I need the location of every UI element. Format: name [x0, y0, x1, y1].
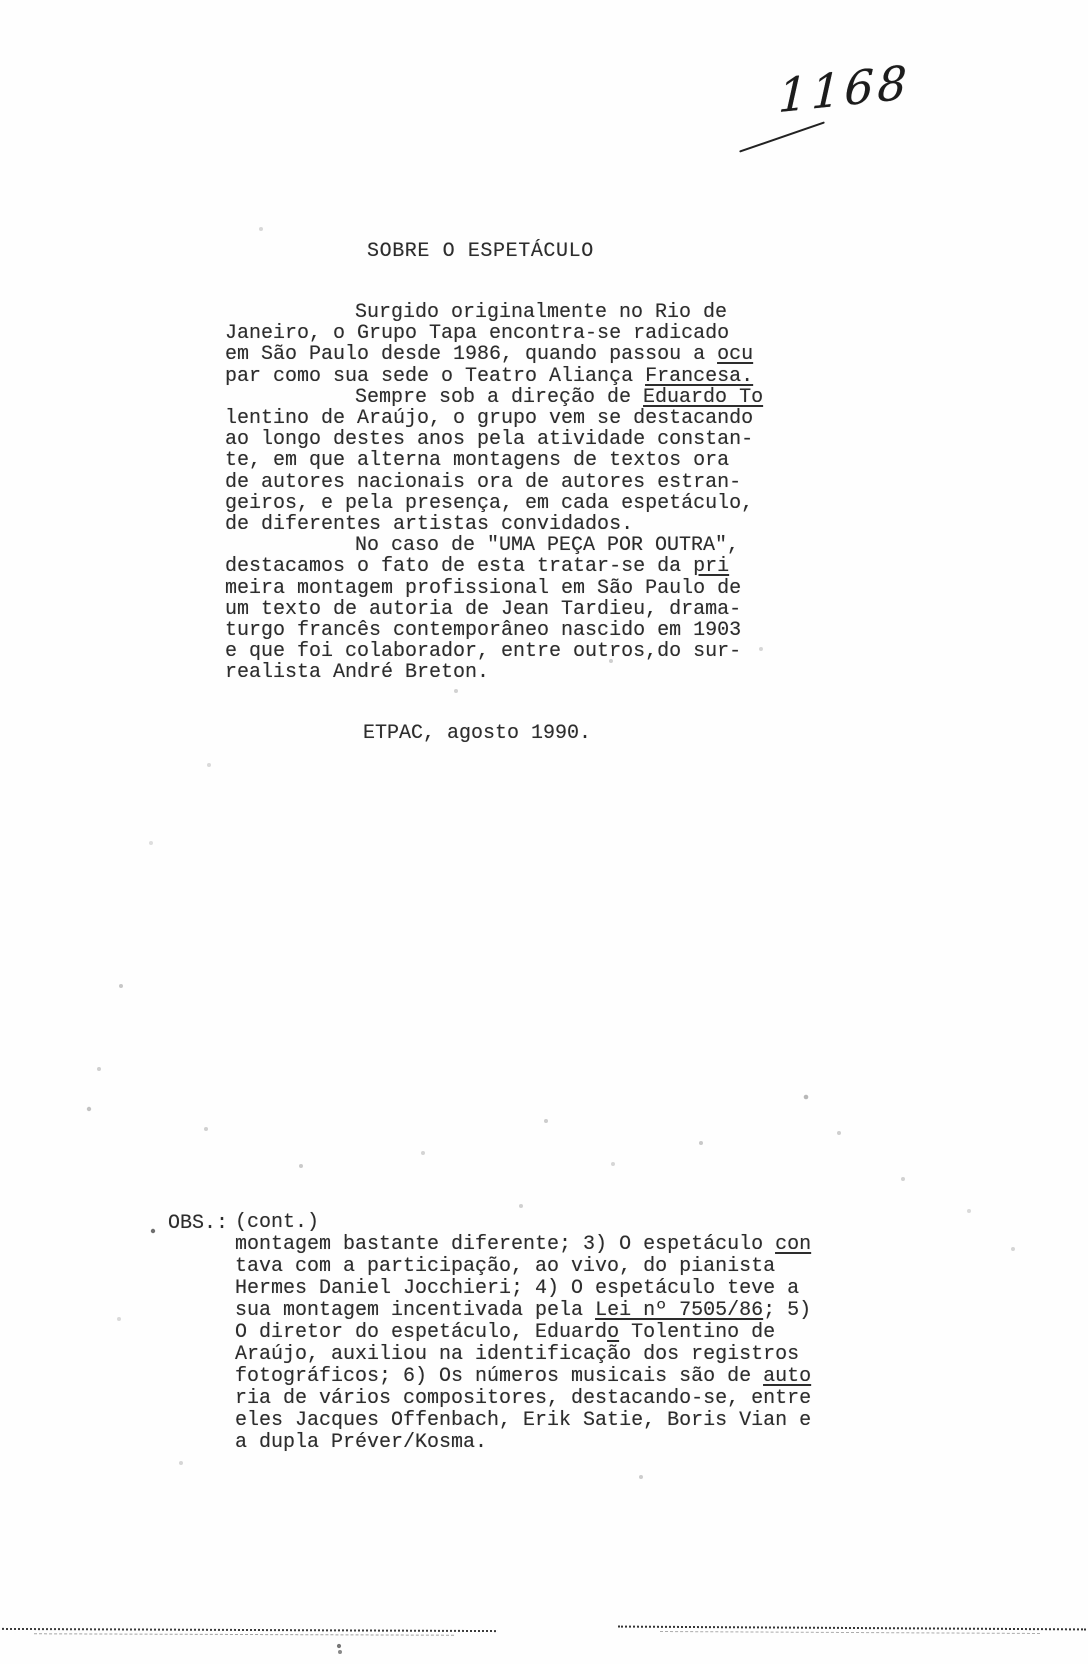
- handwritten-page-number: 1168: [777, 55, 911, 123]
- text-line: geiros, e pela presença, em cada espetác…: [225, 493, 763, 514]
- underlined-text-segment: Francesa.: [645, 365, 753, 388]
- text-segment: ; 5): [763, 1299, 811, 1322]
- text-line: ria de vários compositores, destacando-s…: [235, 1388, 811, 1410]
- text-line: tava com a participação, ao vivo, do pia…: [235, 1256, 811, 1278]
- text-segment: Hermes Daniel Jocchieri; 4) O espetáculo…: [235, 1277, 799, 1300]
- text-segment: Surgido originalmente no Rio de: [355, 301, 727, 324]
- text-segment: e que foi colaborador, entre outros,do s…: [225, 640, 741, 663]
- scanned-document-page: 1168 SOBRE O ESPETÁCULO Surgido original…: [0, 0, 1088, 1664]
- text-line: par como sua sede o Teatro Aliança Franc…: [225, 366, 763, 387]
- text-line: eles Jacques Offenbach, Erik Satie, Bori…: [235, 1410, 811, 1432]
- text-line: realista André Breton.: [225, 662, 763, 683]
- text-line: Surgido originalmente no Rio de: [225, 302, 763, 323]
- text-segment: geiros, e pela presença, em cada espetác…: [225, 492, 753, 515]
- page-bottom-scan-edge-right: [618, 1626, 1086, 1631]
- text-line: destacamos o fato de esta tratar-se da p…: [225, 556, 763, 577]
- body-text-block: Surgido originalmente no Rio deJaneiro, …: [225, 302, 763, 684]
- text-line: ao longo destes anos pela atividade cons…: [225, 429, 763, 450]
- text-segment: sua montagem incentivada pela: [235, 1299, 595, 1322]
- text-line: de autores nacionais ora de autores estr…: [225, 472, 763, 493]
- text-line: No caso de "UMA PEÇA POR OUTRA",: [225, 535, 763, 556]
- text-segment: Araújo, auxiliou na identificação dos re…: [235, 1343, 799, 1366]
- text-segment: Tolentino de: [619, 1321, 775, 1344]
- text-line: montagem bastante diferente; 3) O espetá…: [235, 1234, 811, 1256]
- text-line: turgo francês contemporâneo nascido em 1…: [225, 620, 763, 641]
- text-segment: tava com a participação, ao vivo, do pia…: [235, 1255, 775, 1278]
- scan-noise-specks: [0, 0, 2, 2]
- text-segment: (cont.): [235, 1211, 319, 1234]
- text-segment: No caso de "UMA PEÇA POR OUTRA",: [355, 534, 739, 557]
- text-segment: O diretor do espetáculo, Eduard: [235, 1321, 607, 1344]
- text-segment: par como sua sede o Teatro Aliança: [225, 365, 645, 388]
- text-segment: a dupla Préver/Kosma.: [235, 1431, 487, 1454]
- text-segment: te, em que alterna montagens de textos o…: [225, 449, 729, 472]
- text-line: meira montagem profissional em São Paulo…: [225, 578, 763, 599]
- text-segment: fotográficos; 6) Os números musicais são…: [235, 1365, 763, 1388]
- text-segment: turgo francês contemporâneo nascido em 1…: [225, 619, 741, 642]
- text-segment: realista André Breton.: [225, 661, 489, 684]
- text-segment: ria de vários compositores, destacando-s…: [235, 1387, 811, 1410]
- underlined-text-segment: auto: [763, 1365, 811, 1388]
- underlined-text-segment: pri: [693, 555, 729, 578]
- text-segment: Janeiro, o Grupo Tapa encontra-se radica…: [225, 322, 729, 345]
- text-line: Sempre sob a direção de Eduardo To: [225, 387, 763, 408]
- handwritten-underline-flourish: [739, 121, 825, 152]
- text-line: de diferentes artistas convidados.: [225, 514, 763, 535]
- text-segment: montagem bastante diferente; 3) O espetá…: [235, 1233, 775, 1256]
- page-bottom-scan-edge-left-echo: [34, 1633, 454, 1635]
- text-line: lentino de Araújo, o grupo vem se destac…: [225, 408, 763, 429]
- text-segment: meira montagem profissional em São Paulo…: [225, 577, 741, 600]
- page-bottom-scan-edge-right-echo: [660, 1631, 1040, 1634]
- text-segment: de diferentes artistas convidados.: [225, 513, 633, 536]
- underlined-text-segment: ocu: [717, 343, 753, 366]
- underlined-text-segment: o: [607, 1321, 619, 1344]
- text-line: em São Paulo desde 1986, quando passou a…: [225, 344, 763, 365]
- underlined-text-segment: Eduardo To: [643, 386, 763, 409]
- text-line: Araújo, auxiliou na identificação dos re…: [235, 1344, 811, 1366]
- text-segment: um texto de autoria de Jean Tardieu, dra…: [225, 598, 741, 621]
- text-segment: Sempre sob a direção de: [355, 386, 643, 409]
- document-title: SOBRE O ESPETÁCULO: [367, 240, 594, 263]
- underlined-text-segment: con: [775, 1233, 811, 1256]
- text-segment: destacamos o fato de esta tratar-se da: [225, 555, 693, 578]
- text-line: (cont.): [235, 1212, 811, 1234]
- text-line: um texto de autoria de Jean Tardieu, dra…: [225, 599, 763, 620]
- text-line: Janeiro, o Grupo Tapa encontra-se radica…: [225, 323, 763, 344]
- date-line: ETPAC, agosto 1990.: [363, 722, 591, 745]
- text-line: fotográficos; 6) Os números musicais são…: [235, 1366, 811, 1388]
- text-segment: em São Paulo desde 1986, quando passou a: [225, 343, 717, 366]
- obs-label: OBS.:: [168, 1212, 228, 1235]
- text-line: sua montagem incentivada pela Lei nº 750…: [235, 1300, 811, 1322]
- text-line: a dupla Préver/Kosma.: [235, 1432, 811, 1454]
- text-line: O diretor do espetáculo, Eduardo Tolenti…: [235, 1322, 811, 1344]
- text-segment: ao longo destes anos pela atividade cons…: [225, 428, 753, 451]
- text-segment: lentino de Araújo, o grupo vem se destac…: [225, 407, 753, 430]
- underlined-text-segment: Lei nº 7505/86: [595, 1299, 763, 1322]
- text-line: e que foi colaborador, entre outros,do s…: [225, 641, 763, 662]
- text-line: Hermes Daniel Jocchieri; 4) O espetáculo…: [235, 1278, 811, 1300]
- obs-text-block: (cont.)montagem bastante diferente; 3) O…: [235, 1212, 811, 1454]
- page-bottom-scan-edge-left: [2, 1628, 496, 1632]
- text-line: te, em que alterna montagens de textos o…: [225, 450, 763, 471]
- text-segment: de autores nacionais ora de autores estr…: [225, 471, 741, 494]
- text-segment: eles Jacques Offenbach, Erik Satie, Bori…: [235, 1409, 811, 1432]
